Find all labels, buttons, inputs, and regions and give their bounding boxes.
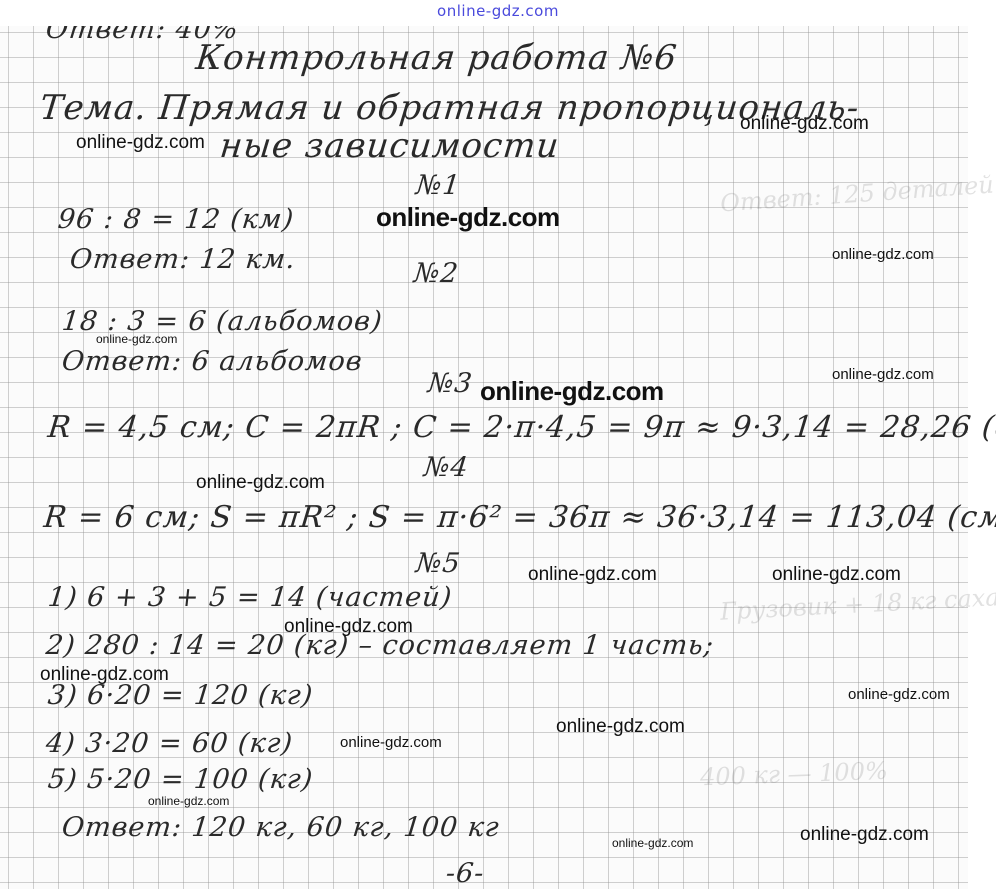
task-number: №3 [426,368,474,399]
page-number: -6- [444,858,486,889]
site-watermark: online-gdz.com [848,686,950,703]
topic-line-1: Тема. Прямая и обратная пропорциональ- [38,88,862,128]
task-line: Ответ: 6 альбомов [60,346,364,377]
site-watermark: online-gdz.com [340,734,442,751]
site-watermark: online-gdz.com [480,376,664,407]
site-watermark: online-gdz.com [740,113,869,135]
task-number: №1 [414,170,462,201]
task-line: R = 6 см; S = πR² ; S = π·6² = 36π ≈ 36·… [42,500,996,535]
task-line: R = 4,5 см; C = 2πR ; C = 2·π·4,5 = 9π ≈… [46,410,996,445]
final-answer: Ответ: 120 кг, 60 кг, 100 кг [60,812,501,843]
site-watermark: online-gdz.com [284,616,413,638]
site-watermark: online-gdz.com [528,564,657,586]
site-watermark: online-gdz.com [376,202,560,233]
task-number: №2 [412,258,460,289]
top-site-watermark: online-gdz.com [0,2,996,20]
page-title: Контрольная работа №6 [194,38,679,78]
task-number: №4 [422,452,470,483]
site-watermark: online-gdz.com [832,246,934,263]
site-watermark: online-gdz.com [612,836,693,850]
task-number: №5 [414,548,462,579]
topic-line-2: ные зависимости [218,126,562,166]
site-watermark: online-gdz.com [800,824,929,846]
task-line: 96 : 8 = 12 (км) [56,204,295,235]
site-watermark: online-gdz.com [76,132,205,154]
site-watermark: online-gdz.com [556,716,685,738]
site-watermark: online-gdz.com [196,472,325,494]
task-line: 1) 6 + 3 + 5 = 14 (частей) [46,582,453,613]
task-line: 5) 5·20 = 100 (кг) [46,764,314,795]
site-watermark: online-gdz.com [832,366,934,383]
site-watermark: online-gdz.com [772,564,901,586]
site-watermark: online-gdz.com [40,664,169,686]
task-line: 4) 3·20 = 60 (кг) [44,728,294,759]
site-watermark: online-gdz.com [96,332,177,346]
task-line: Ответ: 12 км. [68,244,297,275]
site-watermark: online-gdz.com [148,794,229,808]
